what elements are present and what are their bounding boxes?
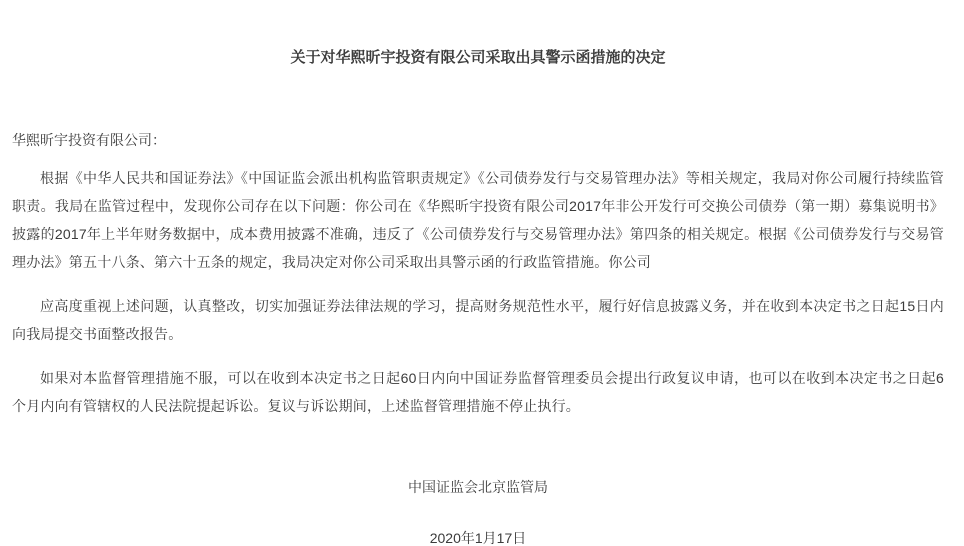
body-paragraph-3: 如果对本监督管理措施不服，可以在收到本决定书之日起60日内向中国证券监督管理委员… — [12, 364, 944, 420]
document-page: 关于对华熙昕宇投资有限公司采取出具警示函措施的决定 华熙昕宇投资有限公司： 根据… — [0, 0, 964, 546]
recipient-salutation: 华熙昕宇投资有限公司： — [12, 126, 944, 154]
issuing-authority: 中国证监会北京监管局 — [12, 473, 944, 501]
issue-date: 2020年1月17日 — [12, 524, 944, 546]
decision-document: 关于对华熙昕宇投资有限公司采取出具警示函措施的决定 华熙昕宇投资有限公司： 根据… — [0, 0, 964, 546]
body-paragraph-2: 应高度重视上述问题，认真整改，切实加强证券法律法规的学习，提高财务规范性水平，履… — [12, 292, 944, 348]
document-title: 关于对华熙昕宇投资有限公司采取出具警示函措施的决定 — [12, 48, 944, 68]
body-paragraph-1: 根据《中华人民共和国证券法》《中国证监会派出机构监管职责规定》《公司债券发行与交… — [12, 164, 944, 276]
